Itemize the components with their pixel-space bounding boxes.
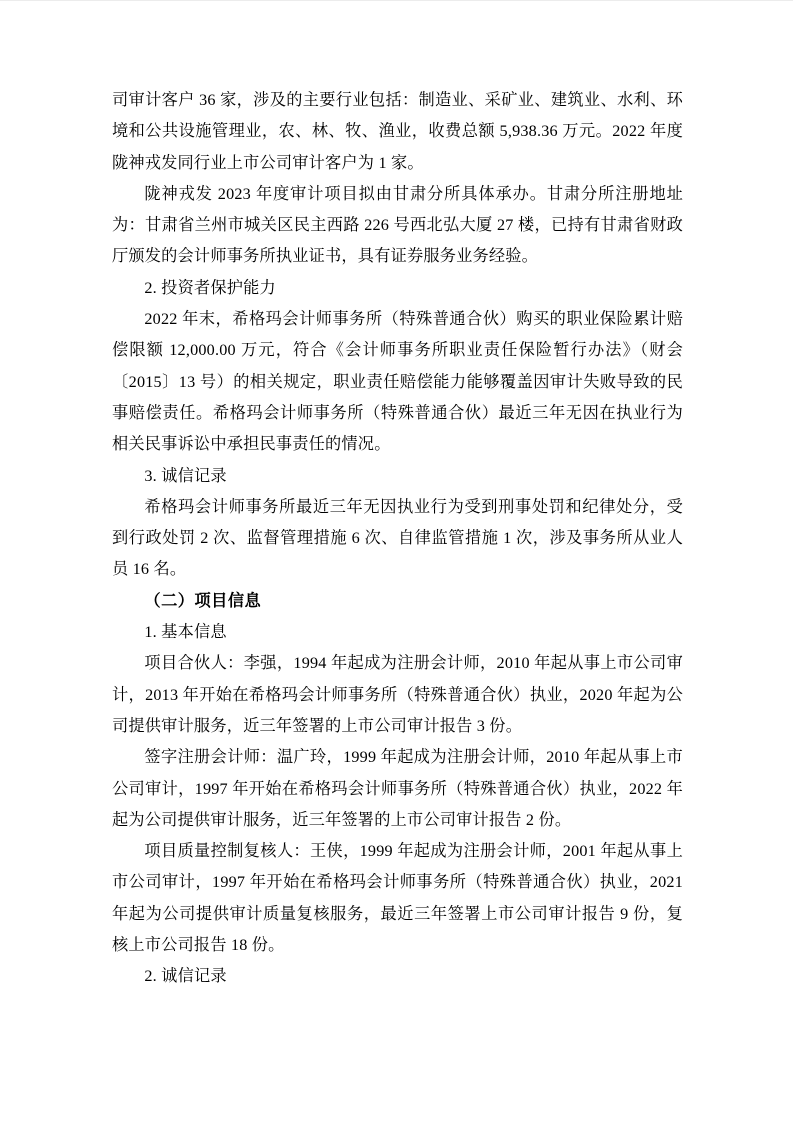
numbered-item-heading: 2. 诚信记录 xyxy=(112,961,683,992)
body-paragraph: 2022 年末，希格玛会计师事务所（特殊普通合伙）购买的职业保险累计赔偿限额 1… xyxy=(112,304,683,460)
document-page: { "page": { "background_color": "#ffffff… xyxy=(0,0,793,1122)
body-paragraph: 陇神戎发 2023 年度审计项目拟由甘肃分所具体承办。甘肃分所注册地址为：甘肃省… xyxy=(112,179,683,273)
numbered-item-heading: 2. 投资者保护能力 xyxy=(112,273,683,304)
body-paragraph: 签字注册会计师：温广玲，1999 年起成为注册会计师，2010 年起从事上市公司… xyxy=(112,742,683,836)
numbered-item-heading: 1. 基本信息 xyxy=(112,617,683,648)
body-paragraph: 希格玛会计师事务所最近三年无因执业行为受到刑事处罚和纪律处分，受到行政处罚 2 … xyxy=(112,492,683,586)
document-body: 司审计客户 36 家，涉及的主要行业包括：制造业、采矿业、建筑业、水利、环境和公… xyxy=(0,1,793,1122)
body-paragraph: 项目质量控制复核人：王侠，1999 年起成为注册会计师，2001 年起从事上市公… xyxy=(112,836,683,961)
section-heading: （二）项目信息 xyxy=(112,586,683,617)
body-paragraph: 项目合伙人：李强，1994 年起成为注册会计师，2010 年起从事上市公司审计，… xyxy=(112,648,683,742)
numbered-item-heading: 3. 诚信记录 xyxy=(112,461,683,492)
body-paragraph-continuation: 司审计客户 36 家，涉及的主要行业包括：制造业、采矿业、建筑业、水利、环境和公… xyxy=(112,85,683,179)
